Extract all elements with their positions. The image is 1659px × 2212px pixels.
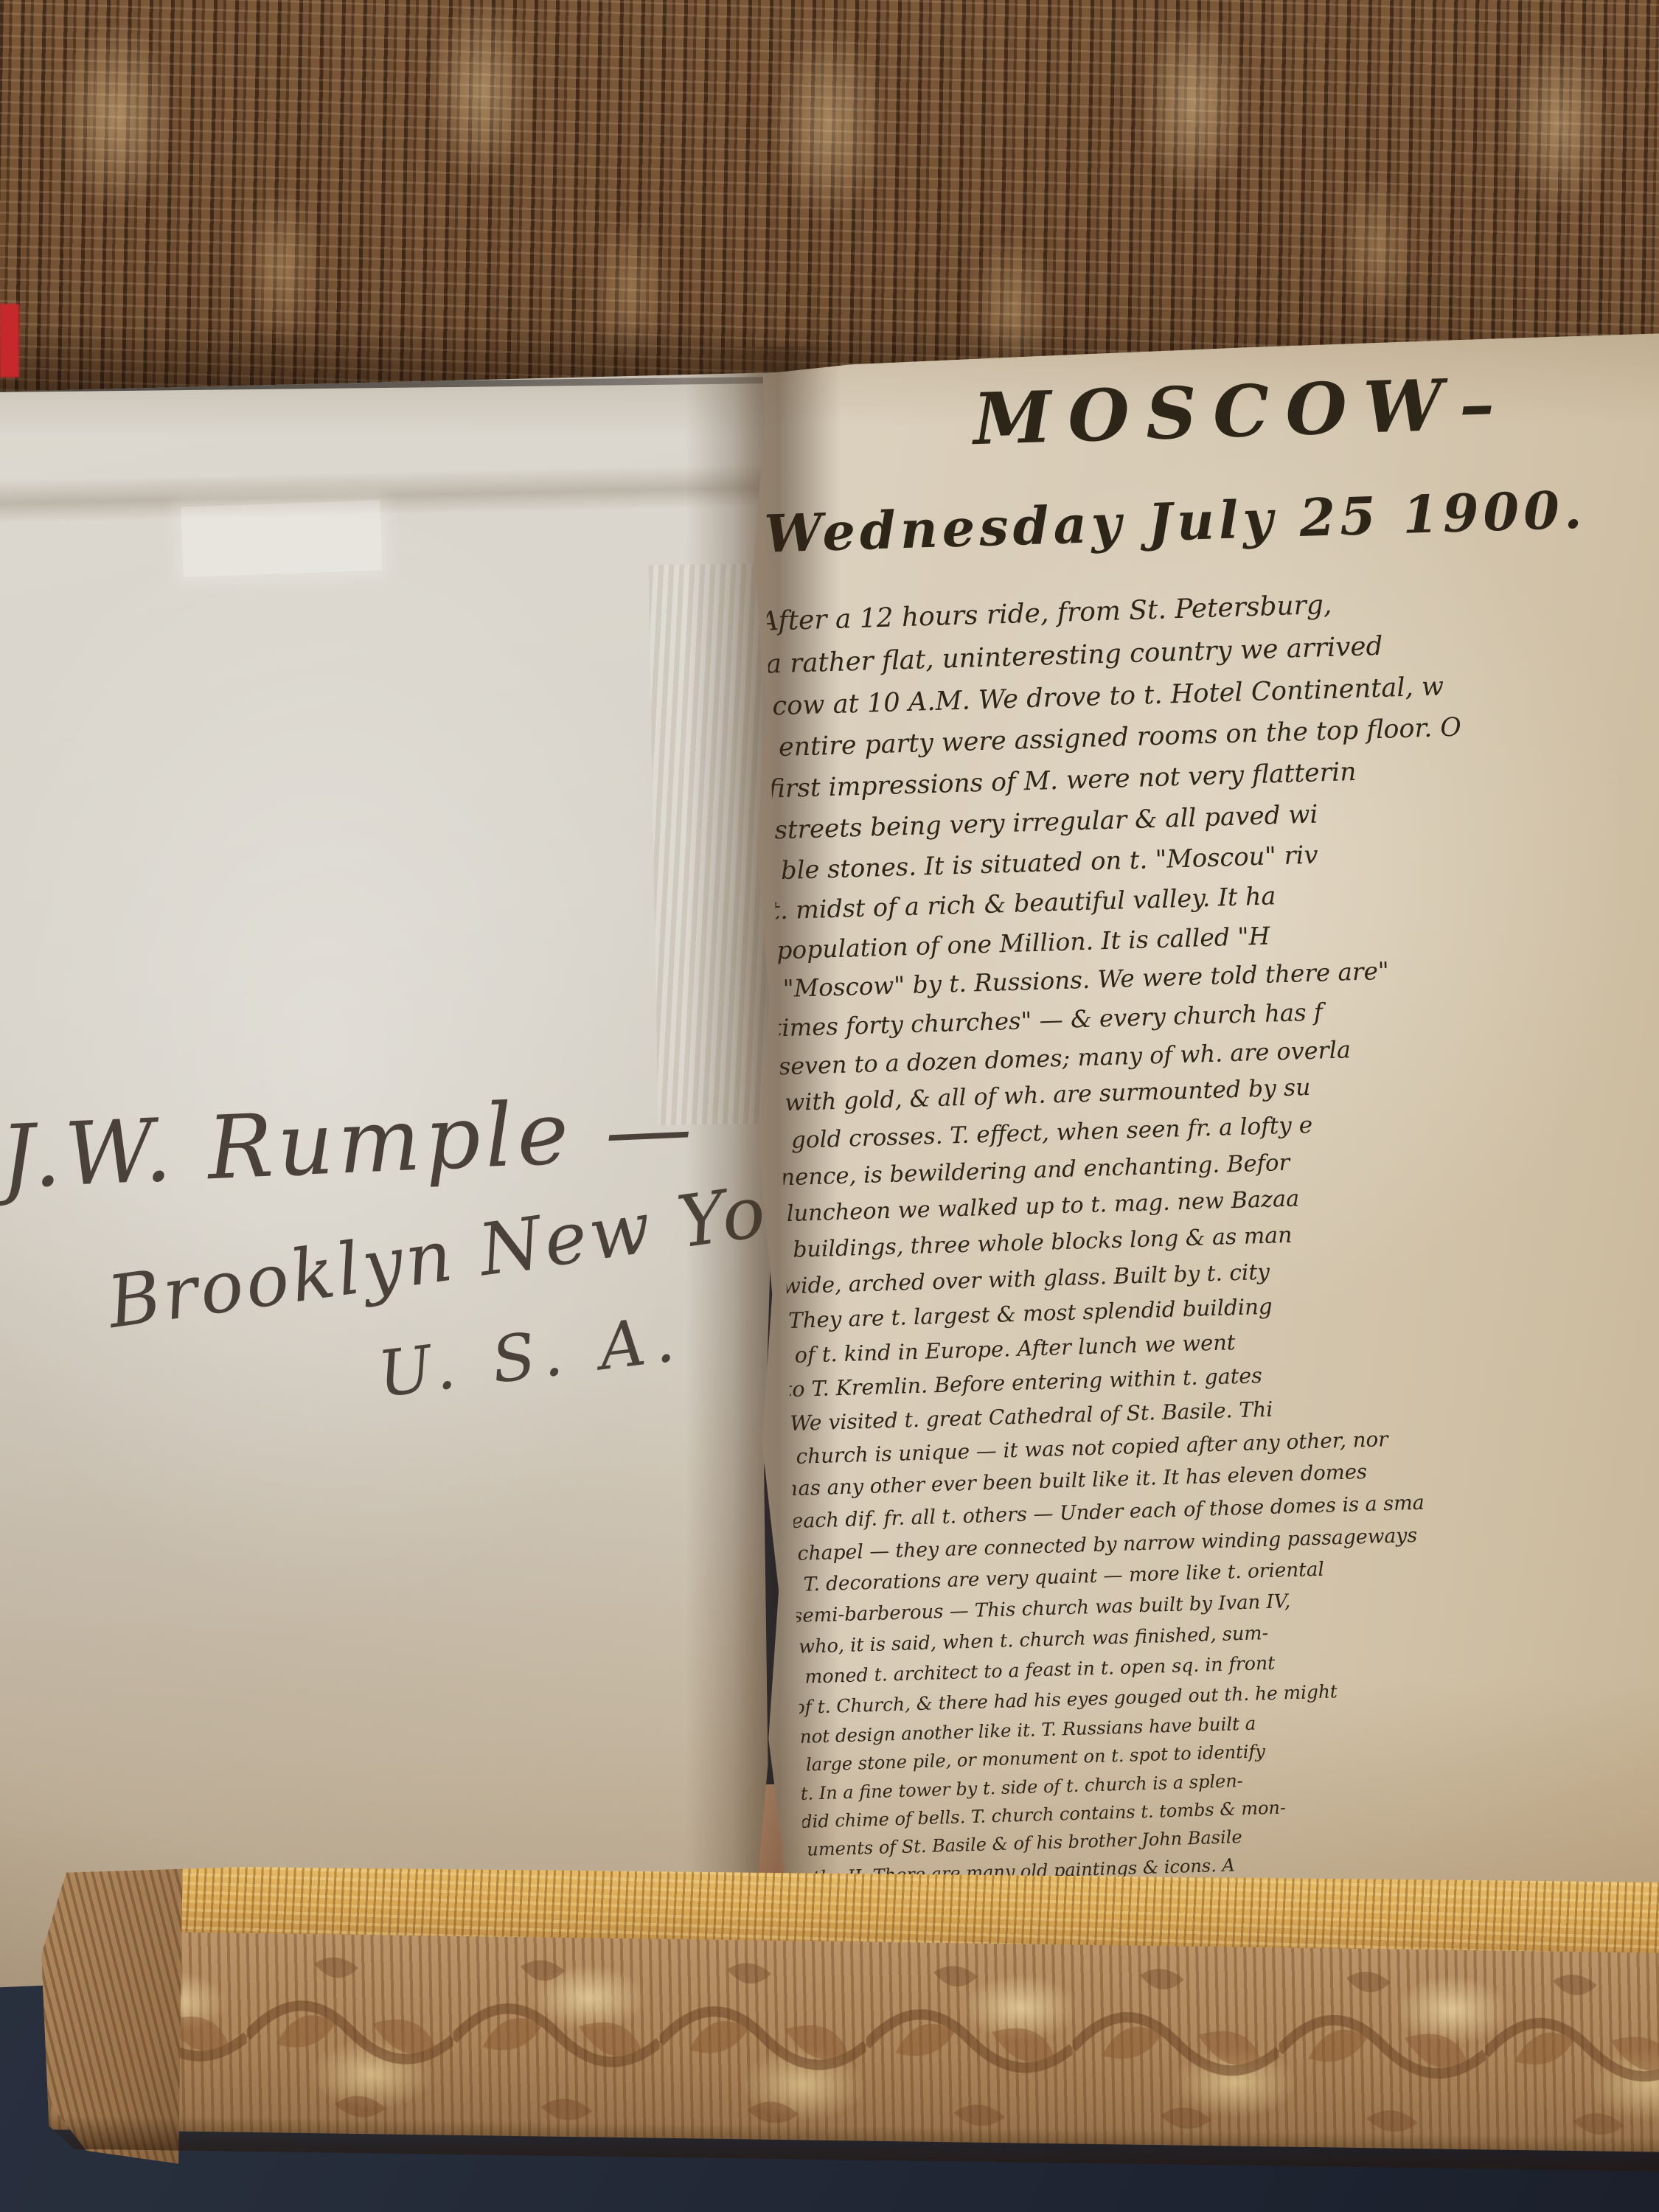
book-gutter-shadow (686, 347, 841, 1888)
diary-title: MOSCOW– (972, 362, 1512, 462)
diary-right-page: MOSCOW– Wednesday July 25 1900. After a … (739, 333, 1659, 1895)
red-background-sliver (0, 304, 19, 378)
handwriting-layer: MOSCOW– Wednesday July 25 1900. After a … (736, 308, 1659, 1896)
diary-date-line: Wednesday July 25 1900. (763, 479, 1587, 565)
diary-left-page: J.W. Rumple — Brooklyn New York U. S. A. (0, 372, 785, 1991)
signature-name: J.W. Rumple — (0, 1076, 698, 1208)
paper-crease (0, 464, 785, 523)
photo-stage: J.W. Rumple — Brooklyn New York U. S. A.… (0, 0, 1659, 2212)
carved-ledge (38, 1860, 1659, 2199)
diary-body-lines: After a 12 hours ride, from St. Petersbu… (766, 580, 1659, 1896)
tape-residue-patch (181, 500, 382, 577)
signature-country: U. S. A. (374, 1301, 686, 1412)
